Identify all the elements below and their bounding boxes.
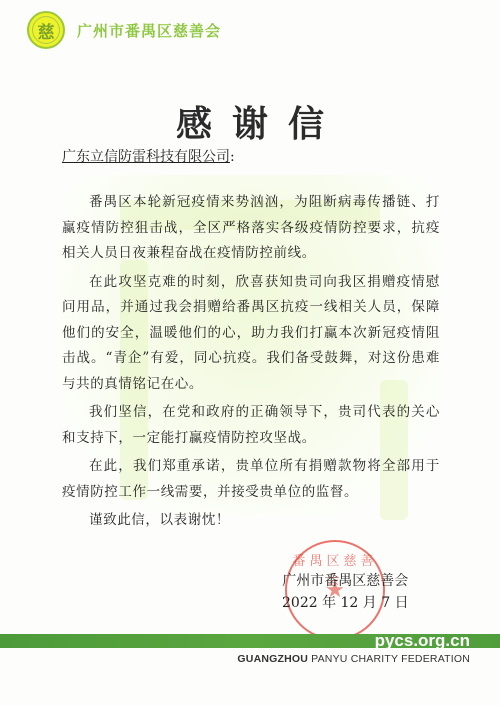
letter-body: 番禺区本轮新冠疫情来势汹汹，为阻断病毒传播链、打赢疫情防控狙击战，全区严格落实各… (62, 190, 440, 537)
logo-glyph: 慈 (38, 18, 55, 43)
signature-date: 2022 年 12 月 7 日 (282, 592, 409, 614)
federation-name-rest: PANYU CHARITY FEDERATION (308, 653, 470, 665)
body-paragraph: 谨致此信，以表谢忱！ (62, 508, 440, 534)
body-paragraph: 我们坚信，在党和政府的正确领导下，贵司代表的关心和支持下，一定能打赢疫情防控攻坚… (62, 400, 440, 451)
signature-block: 广州市番禺区慈善会 2022 年 12 月 7 日 (282, 570, 409, 614)
body-paragraph: 在此，我们郑重承诺，贵单位所有捐赠款物将全部用于疫情防控工作一线需要，并接受贵单… (62, 454, 440, 505)
body-paragraph: 在此攻坚克难的时刻，欣喜获知贵司向我区捐赠疫情慰问用品，并通过我会捐赠给番禺区抗… (62, 270, 440, 398)
letterhead: 慈 广州市番禺区慈善会 (27, 10, 221, 50)
recipient-colon: : (230, 149, 235, 165)
website-url: pycs.org.cn (375, 630, 470, 652)
federation-name-bold: GUANGZHOU (237, 653, 308, 665)
signature-org: 广州市番禺区慈善会 (282, 570, 409, 592)
recipient-name: 广东立信防雷科技有限公司 (62, 149, 230, 165)
letter-recipient: 广东立信防雷科技有限公司: (62, 146, 235, 166)
body-paragraph: 番禺区本轮新冠疫情来势汹汹，为阻断病毒传播链、打赢疫情防控狙击战，全区严格落实各… (62, 190, 440, 267)
letterhead-org-name: 广州市番禺区慈善会 (77, 20, 221, 41)
charity-logo-icon: 慈 (27, 11, 65, 49)
federation-name: GUANGZHOU PANYU CHARITY FEDERATION (237, 653, 470, 665)
letter-title: 感谢信 (0, 96, 500, 147)
